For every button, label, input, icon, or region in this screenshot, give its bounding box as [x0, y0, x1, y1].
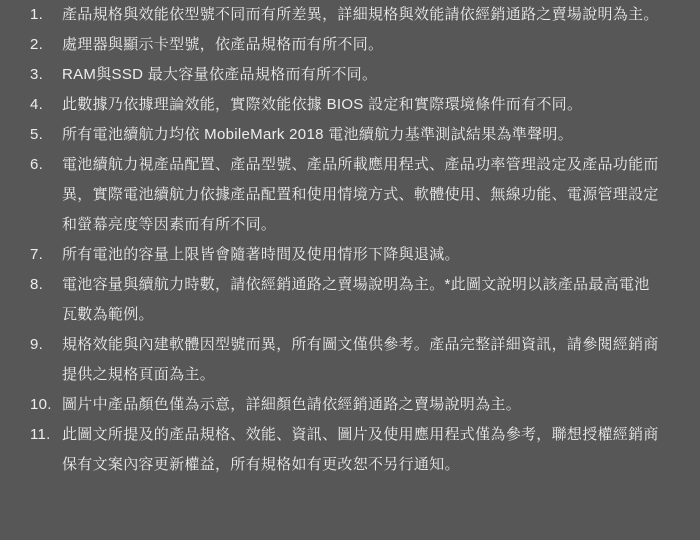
item-number: 7. — [30, 240, 62, 270]
disclaimer-item: 5. 所有電池續航力均依 MobileMark 2018 電池續航力基準測試結果… — [30, 120, 660, 150]
disclaimer-item: 11. 此圖文所提及的產品規格、效能、資訊、圖片及使用應用程式僅為參考，聯想授權… — [30, 420, 660, 480]
item-text: 處理器與顯示卡型號，依產品規格而有所不同。 — [62, 30, 660, 60]
item-text: 電池續航力視產品配置、產品型號、產品所載應用程式、產品功率管理設定及產品功能而異… — [62, 150, 660, 240]
item-number: 2. — [30, 30, 62, 60]
item-number: 10. — [30, 390, 62, 420]
disclaimer-item: 6. 電池續航力視產品配置、產品型號、產品所載應用程式、產品功率管理設定及產品功… — [30, 150, 660, 240]
item-number: 1. — [30, 0, 62, 30]
item-number: 6. — [30, 150, 62, 180]
item-text: 電池容量與續航力時數，請依經銷通路之賣場說明為主。*此圖文說明以該產品最高電池瓦… — [62, 270, 660, 330]
disclaimer-item: 9. 規格效能與內建軟體因型號而異，所有圖文僅供參考。產品完整詳細資訊，請參閱經… — [30, 330, 660, 390]
disclaimer-item: 2. 處理器與顯示卡型號，依產品規格而有所不同。 — [30, 30, 660, 60]
disclaimer-item: 4. 此數據乃依據理論效能，實際效能依據 BIOS 設定和實際環境條件而有不同。 — [30, 90, 660, 120]
item-text: 此圖文所提及的產品規格、效能、資訊、圖片及使用應用程式僅為參考，聯想授權經銷商保… — [62, 420, 660, 480]
item-number: 11. — [30, 420, 62, 450]
disclaimer-item: 8. 電池容量與續航力時數，請依經銷通路之賣場說明為主。*此圖文說明以該產品最高… — [30, 270, 660, 330]
item-number: 8. — [30, 270, 62, 300]
disclaimer-item: 3. RAM與SSD 最大容量依產品規格而有所不同。 — [30, 60, 660, 90]
item-text: 規格效能與內建軟體因型號而異，所有圖文僅供參考。產品完整詳細資訊，請參閱經銷商提… — [62, 330, 660, 390]
disclaimer-list: 1. 產品規格與效能依型號不同而有所差異，詳細規格與效能請依經銷通路之賣場說明為… — [0, 0, 700, 480]
disclaimer-item: 1. 產品規格與效能依型號不同而有所差異，詳細規格與效能請依經銷通路之賣場說明為… — [30, 0, 660, 30]
item-number: 5. — [30, 120, 62, 150]
disclaimer-item: 10. 圖片中產品顏色僅為示意，詳細顏色請依經銷通路之賣場說明為主。 — [30, 390, 660, 420]
item-number: 3. — [30, 60, 62, 90]
item-text: RAM與SSD 最大容量依產品規格而有所不同。 — [62, 60, 660, 90]
item-text: 圖片中產品顏色僅為示意，詳細顏色請依經銷通路之賣場說明為主。 — [62, 390, 660, 420]
item-text: 此數據乃依據理論效能，實際效能依據 BIOS 設定和實際環境條件而有不同。 — [62, 90, 660, 120]
item-number: 4. — [30, 90, 62, 120]
item-text: 產品規格與效能依型號不同而有所差異，詳細規格與效能請依經銷通路之賣場說明為主。 — [62, 0, 660, 30]
item-text: 所有電池續航力均依 MobileMark 2018 電池續航力基準測試結果為準聲… — [62, 120, 660, 150]
disclaimer-item: 7. 所有電池的容量上限皆會隨著時間及使用情形下降與退減。 — [30, 240, 660, 270]
item-text: 所有電池的容量上限皆會隨著時間及使用情形下降與退減。 — [62, 240, 660, 270]
item-number: 9. — [30, 330, 62, 360]
